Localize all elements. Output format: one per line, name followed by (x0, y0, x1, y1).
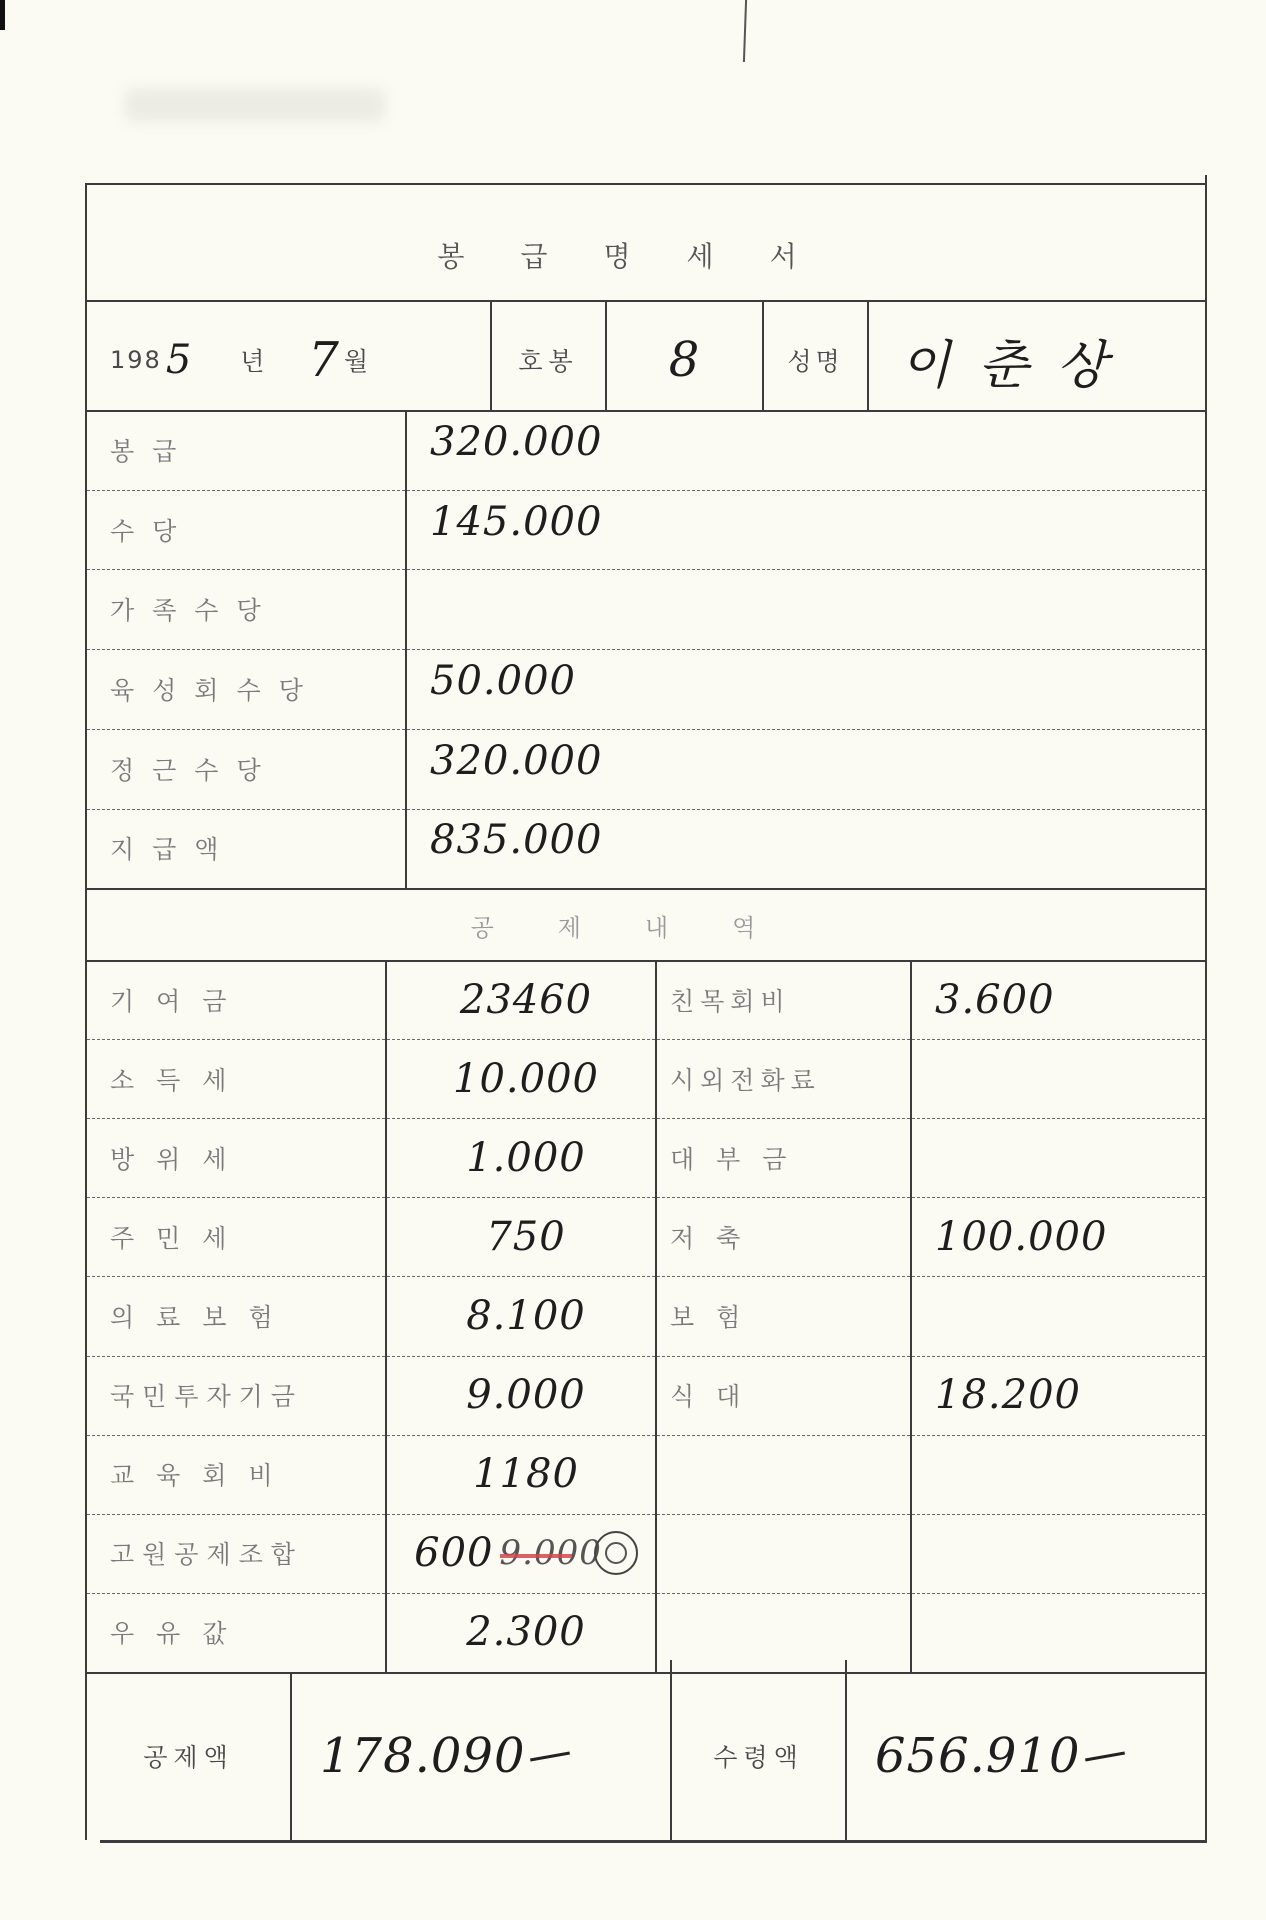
date-cell: 198 5 년 7 월 (110, 315, 490, 405)
income-label-cell: 정근수당 (110, 729, 400, 809)
deduction-label: 식대 (670, 1377, 762, 1413)
deduction-label: 친목회비 (670, 982, 791, 1018)
underline-stroke (530, 1751, 570, 1761)
deduction-label: 의료보험 (110, 1298, 295, 1334)
income-value-cell: 835.000 (430, 801, 1190, 881)
income-label-cell: 수당 (110, 490, 400, 570)
deduction-label: 저축 (670, 1219, 762, 1255)
income-label: 봉급 (110, 432, 194, 468)
deduction-label: 고원공제조합 (110, 1535, 303, 1571)
deduction-value-cell: 100.000 (935, 1197, 1203, 1276)
deduction-label-cell: 보험 (670, 1276, 908, 1355)
name-label: 성명 (787, 342, 843, 378)
income-value-cell: 320.000 (430, 402, 1190, 482)
deduction-value-cell (935, 1514, 1203, 1593)
month-value: 7 (308, 332, 340, 388)
title-divider (85, 300, 1205, 302)
deduction-value-cell: 1180 (400, 1435, 652, 1514)
frame-left (85, 183, 87, 1840)
deduction-value-cell (935, 1593, 1203, 1672)
deduction-label: 주민세 (110, 1219, 248, 1255)
deduction-label-cell (670, 1514, 908, 1593)
struck-value: 9.000 (500, 1533, 602, 1573)
deduction-value-cell: 1.000 (400, 1118, 652, 1197)
deduction-label-cell: 식대 (670, 1356, 908, 1435)
deduction-label: 기여금 (110, 982, 248, 1018)
income-value-cell: 145.000 (430, 482, 1190, 562)
name-value: 이춘상 (900, 323, 1135, 398)
net-pay-value-cell: 656.910 (875, 1672, 1205, 1840)
income-label: 지급액 (110, 830, 236, 866)
net-pay-label-cell: 수령액 (672, 1672, 845, 1840)
deduction-value-cell: 23460 (400, 960, 652, 1039)
deduction-divider-2 (655, 960, 657, 1672)
deduction-label-cell: 기여금 (110, 960, 382, 1039)
deduction-label-cell: 고원공제조합 (110, 1514, 382, 1593)
year-prefix: 198 (110, 346, 162, 374)
deduction-value: 750 (486, 1214, 565, 1260)
income-label: 정근수당 (110, 751, 279, 787)
deduction-label: 우유값 (110, 1614, 248, 1650)
pay-statement-form: 봉급명세서 198 5 년 7 월 호봉 8 성명 이춘상 봉급 320.000… (0, 0, 1266, 1920)
red-strikethrough (500, 1554, 572, 1558)
deduction-label-cell: 방위세 (110, 1118, 382, 1197)
deduction-label: 대부금 (670, 1140, 808, 1176)
deduction-total-value: 178.090 (320, 1728, 526, 1784)
grade-value-cell: 8 (607, 315, 762, 405)
deduction-value: 8.100 (466, 1293, 586, 1339)
income-value-cell (430, 561, 1190, 641)
deduction-divider-3 (910, 960, 912, 1672)
deduction-label: 소득세 (110, 1061, 248, 1097)
deduction-value: 1180 (473, 1451, 579, 1497)
deduction-value-cell (935, 1276, 1203, 1355)
underline-stroke (1085, 1751, 1125, 1761)
deductions-title: 공제내역 (471, 908, 820, 943)
income-label-cell: 봉급 (110, 410, 400, 490)
deduction-label-cell: 의료보험 (110, 1276, 382, 1355)
deduction-label-cell: 주민세 (110, 1197, 382, 1276)
deduction-total-label-cell: 공제액 (87, 1672, 290, 1840)
month-label: 월 (344, 342, 368, 378)
deduction-label: 방위세 (110, 1140, 248, 1176)
deduction-value: 2.300 (466, 1609, 586, 1655)
income-label-cell: 지급액 (110, 809, 400, 889)
frame-top (85, 183, 1207, 185)
deduction-label-cell (670, 1435, 908, 1514)
deduction-value: 10.000 (453, 1056, 599, 1102)
income-value: 145.000 (430, 499, 602, 545)
income-value-cell: 50.000 (430, 641, 1190, 721)
income-value: 320.000 (430, 738, 602, 784)
name-label-cell: 성명 (764, 315, 867, 405)
net-pay-value: 656.910 (875, 1728, 1081, 1784)
totals-divider-1 (290, 1672, 292, 1840)
deduction-label-cell: 대부금 (670, 1118, 908, 1197)
deduction-label-cell (670, 1593, 908, 1672)
deduction-label: 교육회비 (110, 1456, 295, 1492)
deduction-value-cell: 10.000 (400, 1039, 652, 1118)
income-value: 320.000 (430, 419, 602, 465)
income-value-cell: 320.000 (430, 721, 1190, 801)
deduction-label-cell: 국민투자기금 (110, 1356, 382, 1435)
deduction-total-value-cell: 178.090 (320, 1672, 670, 1840)
deduction-divider-1 (385, 960, 387, 1672)
income-label-cell: 가족수당 (110, 569, 400, 649)
year-digit: 5 (166, 337, 192, 383)
deduction-label-cell: 저축 (670, 1197, 908, 1276)
deduction-value-cell (935, 1435, 1203, 1514)
deductions-title-cell: 공제내역 (85, 890, 1205, 960)
income-label: 가족수당 (110, 591, 279, 627)
deduction-value: 600 (414, 1530, 493, 1576)
deduction-value-cell: 9.000 (400, 1356, 652, 1435)
grade-label: 호봉 (518, 342, 578, 378)
net-pay-label: 수령액 (713, 1738, 803, 1774)
deduction-value: 3.600 (935, 977, 1055, 1023)
income-label: 육성회수당 (110, 671, 321, 707)
seal-stamp-icon (594, 1531, 638, 1575)
year-label: 년 (240, 342, 264, 378)
income-label-cell: 육성회수당 (110, 649, 400, 729)
header-divider-4 (867, 300, 869, 410)
deduction-label: 시외전화료 (670, 1061, 821, 1097)
deduction-label-cell: 교육회비 (110, 1435, 382, 1514)
deduction-value-cell (935, 1039, 1203, 1118)
deduction-value-cell: 8.100 (400, 1276, 652, 1355)
grade-label-cell: 호봉 (492, 315, 605, 405)
deduction-value-cell: 750 (400, 1197, 652, 1276)
income-label: 수당 (110, 512, 194, 548)
deduction-label-cell: 소득세 (110, 1039, 382, 1118)
deduction-value: 18.200 (935, 1372, 1081, 1418)
income-value: 50.000 (430, 658, 576, 704)
deduction-value: 9.000 (466, 1372, 586, 1418)
deduction-label-cell: 친목회비 (670, 960, 908, 1039)
income-value: 835.000 (430, 817, 602, 863)
frame-right (1205, 175, 1207, 1840)
deduction-total-label: 공제액 (143, 1738, 233, 1774)
frame-bottom (100, 1840, 1207, 1843)
grade-value: 8 (669, 332, 701, 388)
deduction-value-cell: 18.200 (935, 1356, 1203, 1435)
deduction-value: 23460 (460, 977, 592, 1023)
deduction-label: 국민투자기금 (110, 1377, 303, 1413)
deduction-value-cell: 3.600 (935, 960, 1203, 1039)
deduction-label-cell: 시외전화료 (670, 1039, 908, 1118)
deduction-label: 보험 (670, 1298, 762, 1334)
deduction-value: 1.000 (466, 1135, 586, 1181)
totals-divider-3 (845, 1660, 847, 1840)
deduction-value: 100.000 (935, 1214, 1107, 1260)
name-value-cell: 이춘상 (900, 315, 1200, 405)
deduction-value-cell: 2.300 (400, 1593, 652, 1672)
document-title: 봉급명세서 (437, 235, 852, 275)
deduction-value-cell (935, 1118, 1203, 1197)
title-cell: 봉급명세서 (85, 210, 1205, 300)
deduction-label-cell: 우유값 (110, 1593, 382, 1672)
deduction-value-cell: 600 9.000 (400, 1514, 652, 1593)
